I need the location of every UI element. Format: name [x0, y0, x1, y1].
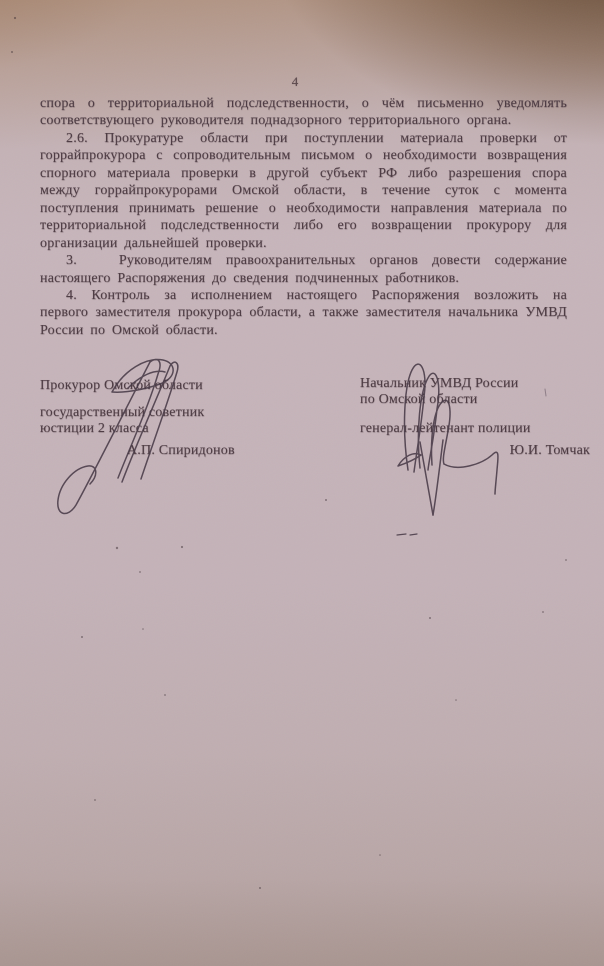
signatory-right-title-line1: Начальник УМВД России	[360, 376, 590, 392]
document-body: спора о территориальной подследственност…	[40, 95, 567, 339]
signatory-right-name: Ю.И. Томчак	[510, 443, 590, 459]
paragraph-continuation: спора о территориальной подследственност…	[40, 95, 567, 130]
signatory-left-title: Прокурор Омской области	[40, 378, 260, 394]
signatory-right-rank: генерал-лейтенант полиции	[360, 421, 590, 437]
signatory-left-rank: государственный советник юстиции 2 класс…	[40, 405, 260, 437]
signatory-left-name: А.П. Спиридонов	[127, 443, 235, 459]
signatory-right-block: Начальник УМВД России по Омской области …	[360, 376, 590, 466]
paragraph-4: 4. Контроль за исполнением настоящего Ра…	[40, 287, 567, 339]
document-photo: 4 спора о территориальной подследственно…	[0, 0, 604, 966]
paragraph-2-6: 2.6. Прокуратуре области при поступлении…	[40, 130, 567, 252]
page-number: 4	[0, 74, 590, 90]
paragraph-3: 3. Руководителям правоохранительных орга…	[40, 252, 567, 287]
signatory-left-block: Прокурор Омской области государственный …	[40, 378, 260, 468]
signatory-left-rank-line1: государственный советник	[40, 405, 260, 421]
signatory-right-title-line2: по Омской области	[360, 392, 590, 408]
signatory-left-rank-line2: юстиции 2 класса	[40, 421, 260, 437]
